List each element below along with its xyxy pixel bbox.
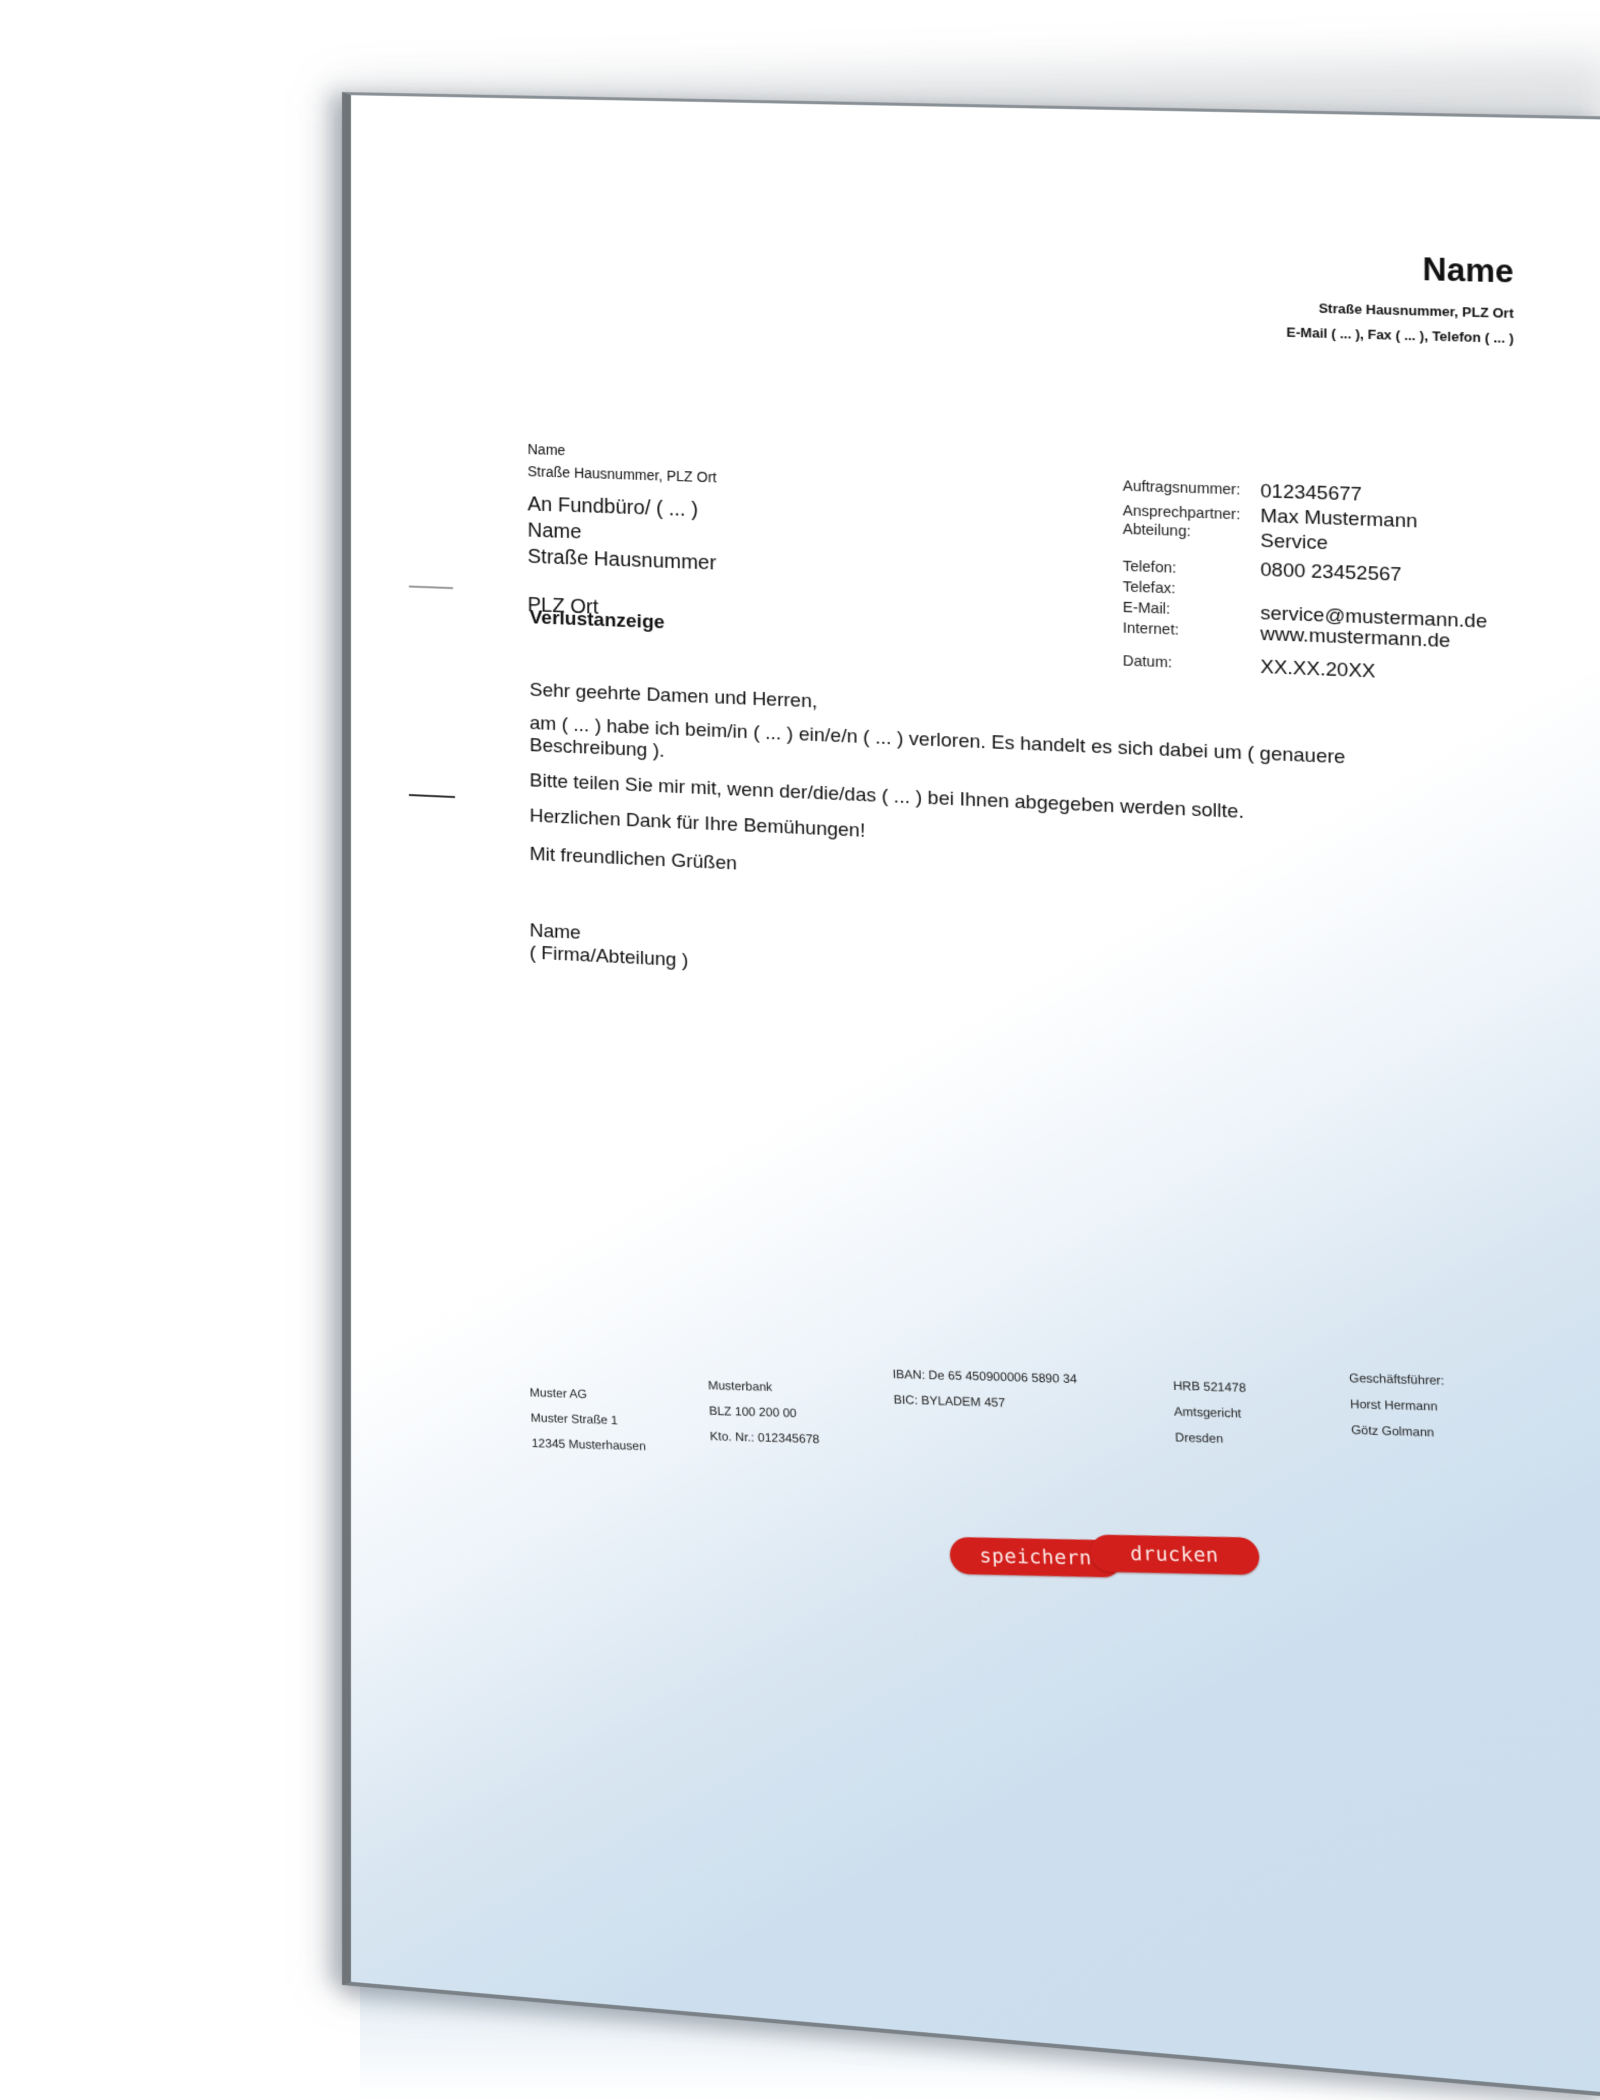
document-preview: Name Straße Hausnummer, PLZ Ort E-Mail (… bbox=[0, 0, 1600, 2100]
info-value: Service bbox=[1260, 530, 1328, 555]
footer-text: Muster Straße 1 bbox=[530, 1411, 645, 1440]
footer-iban: IBAN: De 65 450900006 5890 34 BIC: BYLAD… bbox=[892, 1367, 1078, 1423]
info-value: XX.XX.20XX bbox=[1260, 656, 1375, 683]
info-value: 0800 23452567 bbox=[1260, 559, 1401, 587]
footer-text: Götz Golmann bbox=[1351, 1423, 1447, 1452]
footer-text: BLZ 100 200 00 bbox=[709, 1403, 820, 1432]
letter-subject: Verlustanzeige bbox=[530, 607, 665, 634]
letter-page: Name Straße Hausnummer, PLZ Ort E-Mail (… bbox=[342, 92, 1600, 2096]
recipient-line-3: Straße Hausnummer bbox=[528, 544, 717, 577]
footer-text: 12345 Musterhausen bbox=[531, 1436, 646, 1465]
footer-text: Musterbank bbox=[708, 1378, 819, 1406]
info-label: Ansprechpartner: bbox=[1123, 503, 1241, 523]
info-label: Abteilung: bbox=[1123, 522, 1191, 541]
footer-text: HRB 521478 bbox=[1173, 1378, 1247, 1406]
footer-text: Horst Hermann bbox=[1350, 1397, 1446, 1426]
footer-register: HRB 521478 Amtsgericht Dresden bbox=[1173, 1378, 1249, 1458]
footer-text: Kto. Nr.: 012345678 bbox=[710, 1429, 821, 1458]
sender-address: Straße Hausnummer, PLZ Ort bbox=[528, 463, 717, 485]
info-value: Max Mustermann bbox=[1260, 506, 1417, 534]
footer-text: Amtsgericht bbox=[1174, 1404, 1248, 1432]
signature-block: Name ( Firma/Abteilung ) bbox=[530, 920, 689, 972]
footer-company: Muster AG Muster Straße 1 12345 Musterha… bbox=[529, 1385, 646, 1464]
info-label: Telefon: bbox=[1123, 559, 1177, 577]
fold-mark bbox=[409, 585, 453, 589]
sender-name: Name bbox=[528, 441, 566, 458]
letterhead-contact: E-Mail ( ... ), Fax ( ... ), Telefon ( .… bbox=[1287, 324, 1514, 346]
letterhead-name: Name bbox=[1423, 251, 1514, 291]
info-label: Auftragsnummer: bbox=[1123, 478, 1241, 498]
info-label: Internet: bbox=[1123, 620, 1179, 639]
footer-text: BIC: BYLADEM 457 bbox=[893, 1392, 1078, 1423]
letterhead-address: Straße Hausnummer, PLZ Ort bbox=[1319, 300, 1514, 321]
recipient-address: An Fundbüro/ ( ... ) Name Straße Hausnum… bbox=[528, 491, 717, 625]
info-label: Datum: bbox=[1123, 653, 1172, 671]
info-label: E-Mail: bbox=[1123, 600, 1171, 618]
footer-text: Geschäftsführer: bbox=[1349, 1371, 1445, 1400]
fold-mark bbox=[409, 794, 455, 798]
footer-management: Geschäftsführer: Horst Hermann Götz Golm… bbox=[1349, 1371, 1447, 1452]
footer-text: Dresden bbox=[1175, 1430, 1249, 1458]
info-label: Telefax: bbox=[1123, 579, 1176, 597]
info-value: 012345677 bbox=[1260, 481, 1362, 507]
letter-footer: Muster AG Muster Straße 1 12345 Musterha… bbox=[528, 1337, 1538, 1509]
footer-bank: Musterbank BLZ 100 200 00 Kto. Nr.: 0123… bbox=[708, 1378, 821, 1457]
print-button[interactable]: drucken bbox=[1089, 1534, 1260, 1574]
footer-text: Muster AG bbox=[529, 1385, 644, 1413]
